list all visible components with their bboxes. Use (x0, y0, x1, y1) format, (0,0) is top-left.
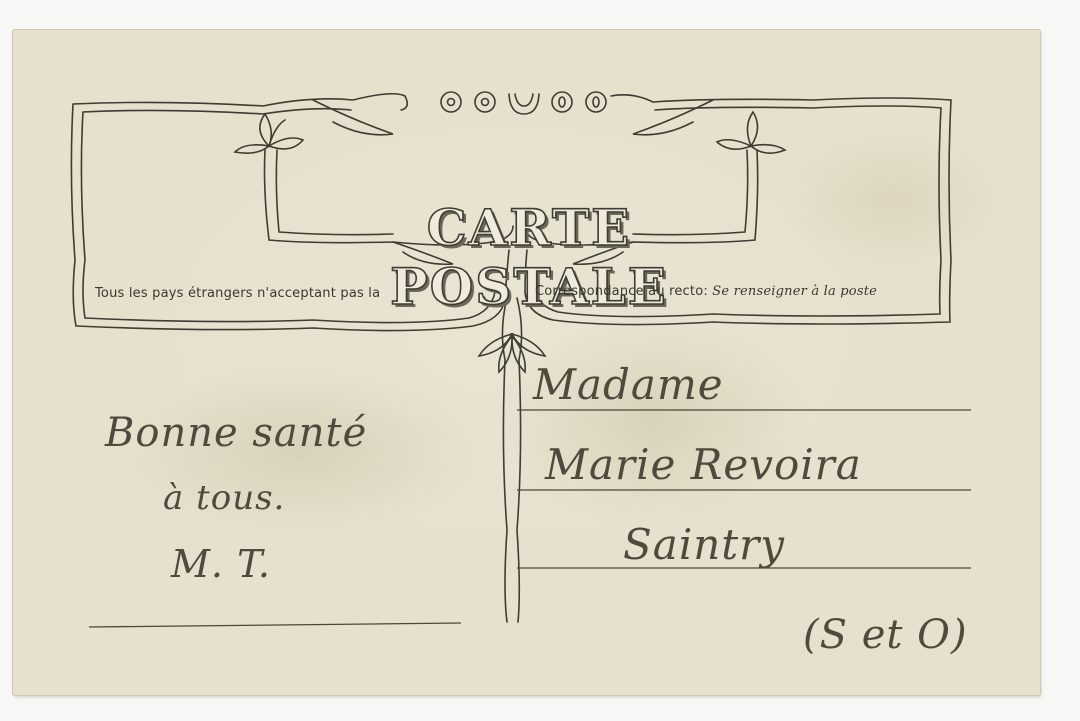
message-signature: M. T. (171, 542, 271, 586)
notice-right: Correspondance au recto: Se renseigner à… (535, 284, 877, 299)
message-line-1: Bonne santé (105, 410, 367, 456)
address-line-1: Madame (533, 360, 724, 409)
postcard-frame-ornament (13, 30, 1040, 695)
postcard: CARTE POSTALE Tous les pays étrangers n'… (13, 30, 1040, 695)
address-line-2: Marie Revoira (545, 440, 862, 489)
address-line-3: Saintry (623, 520, 785, 569)
notice-right-plain: Correspondance au recto: (535, 284, 708, 299)
address-line-4: (S et O) (803, 612, 968, 658)
message-line-2: à tous. (163, 478, 285, 518)
notice-left: Tous les pays étrangers n'acceptant pas … (95, 286, 380, 301)
notice-right-italic: Se renseigner à la poste (712, 284, 877, 299)
